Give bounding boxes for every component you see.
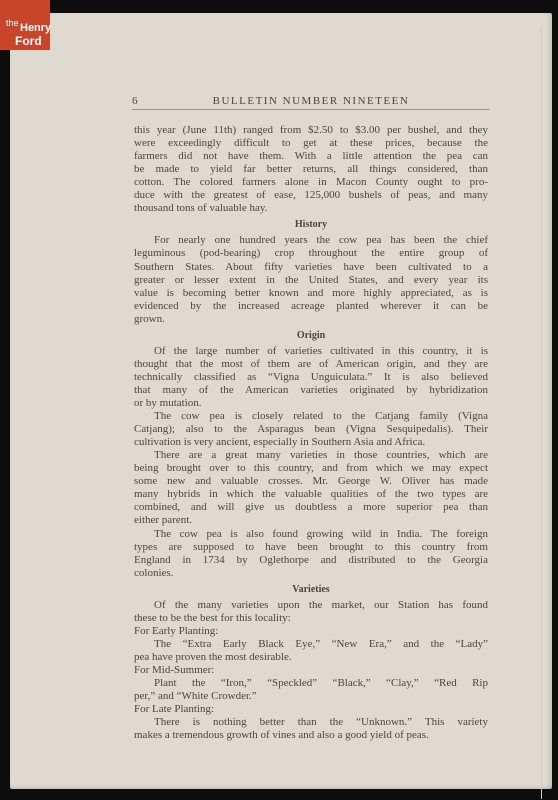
running-header: 6 BULLETIN NUMBER NINETEEN [132, 95, 490, 110]
section-heading: Origin [134, 329, 488, 342]
text-line: grown. [134, 313, 488, 326]
page-edge [541, 27, 542, 799]
text-line: be made to yield far better returns, all… [134, 163, 488, 176]
text-line: Southern States. About fifty varieties h… [134, 261, 488, 274]
text-line: types are supposed to have been brought … [134, 541, 488, 554]
text-line: were exceedingly difficult to get at the… [134, 137, 488, 150]
text-line: duce with the greatest of ease, 125,000 … [134, 189, 488, 202]
text-line: colonies. [134, 567, 488, 580]
text-line: leguminous (pod-bearing) crop throughout… [134, 247, 488, 260]
text-line: greater or lesser extent in the United S… [134, 274, 488, 287]
henry-ford-logo[interactable]: the Henry Ford [0, 0, 50, 50]
logo-the: the [6, 19, 19, 28]
text-line: The cow pea is closely related to the Ca… [134, 410, 488, 423]
text-line: cultivation is very ancient, especially … [134, 436, 488, 449]
text-line: For nearly one hundred years the cow pea… [134, 234, 488, 247]
bulletin-title: BULLETIN NUMBER NINETEEN [132, 95, 490, 107]
text-line: thousand tons of valuable hay. [134, 202, 488, 215]
text-line: evidenced by the increased acreage plant… [134, 300, 488, 313]
text-line: The cow pea is also found growing wild i… [134, 528, 488, 541]
subheading-label: For Early Planting: [134, 625, 488, 638]
text-line: some new and valuable crosses. Mr. Georg… [134, 475, 488, 488]
text-line: makes a tremendous growth of vines and a… [134, 729, 488, 742]
text-line: Of the large number of varieties cultiva… [134, 345, 488, 358]
text-line: or by mutation. [134, 397, 488, 410]
logo-henry: Henry [20, 23, 51, 34]
text-line: technically classified as “Vigna Unguicu… [134, 371, 488, 384]
text-line: this year (June 11th) ranged from $2.50 … [134, 124, 488, 137]
text-line: thought that the most of them are of Ame… [134, 358, 488, 371]
text-line: value is becoming better known and more … [134, 287, 488, 300]
text-line: Of the many varieties upon the market, o… [134, 599, 488, 612]
text-line: Plant the “Iron,” “Speckled” “Black,” “C… [134, 677, 488, 690]
text-line: per,” and “White Crowder.” [134, 690, 488, 703]
text-line: There are a great many varieties in thos… [134, 449, 488, 462]
subheading-label: For Late Planting: [134, 703, 488, 716]
text-line: that many of the American varieties orig… [134, 384, 488, 397]
text-line: many hybrids in which the valuable quali… [134, 488, 488, 501]
subheading-label: For Mid-Summer: [134, 664, 488, 677]
section-heading: Varieties [134, 583, 488, 596]
text-line: either parent. [134, 514, 488, 527]
logo-ford: Ford [15, 35, 42, 47]
text-line: being brought over to this country, and … [134, 462, 488, 475]
text-line: England in 1734 by Oglethorpe and distri… [134, 554, 488, 567]
text-line: farmers did not have them. With a little… [134, 150, 488, 163]
text-line: pea have proven the most desirable. [134, 651, 488, 664]
text-line: cotton. The colored farmers alone in Mac… [134, 176, 488, 189]
text-line: these to be the best for this locality: [134, 612, 488, 625]
section-heading: History [134, 218, 488, 231]
text-line: The “Extra Early Black Eye,” “New Era,” … [134, 638, 488, 651]
text-line: Catjang); also to the Asparagus bean (Vi… [134, 423, 488, 436]
text-line: There is nothing better than the “Unknow… [134, 716, 488, 729]
text-line: combined, and will give us doubtless a m… [134, 501, 488, 514]
